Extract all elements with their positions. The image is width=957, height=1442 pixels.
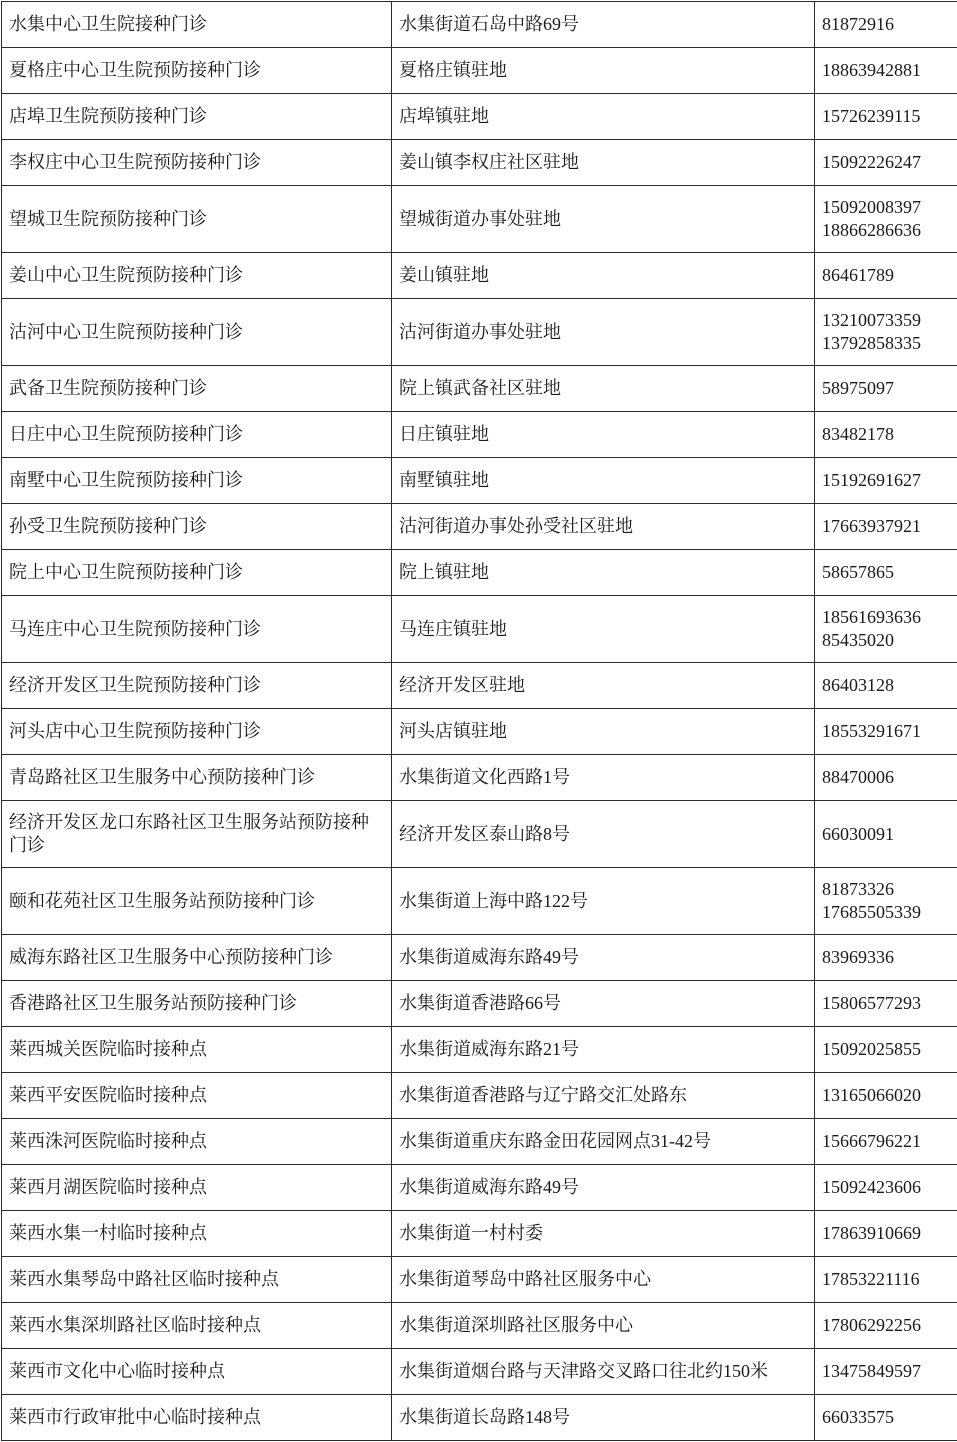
phone-number: 17663937921	[822, 515, 957, 538]
clinic-name-cell: 日庄中心卫生院预防接种门诊	[2, 412, 392, 458]
phone-number: 81872916	[822, 13, 957, 36]
phone-number: 58975097	[822, 377, 957, 400]
phone-number: 83969336	[822, 946, 957, 969]
table-row: 夏格庄中心卫生院预防接种门诊 夏格庄镇驻地 18863942881	[2, 48, 957, 94]
table-row: 孙受卫生院预防接种门诊 沽河街道办事处孙受社区驻地 17663937921	[2, 504, 957, 550]
clinic-name-cell: 南墅中心卫生院预防接种门诊	[2, 458, 392, 504]
clinic-address-cell: 南墅镇驻地	[392, 458, 815, 504]
table-row: 经济开发区龙口东路社区卫生服务站预防接种门诊 经济开发区泰山路8号 660300…	[2, 801, 957, 868]
clinic-address-cell: 水集街道深圳路社区服务中心	[392, 1303, 815, 1349]
page: 水集中心卫生院接种门诊 水集街道石岛中路69号 81872916 夏格庄中心卫生…	[0, 0, 957, 1442]
table-row: 颐和花苑社区卫生服务站预防接种门诊 水集街道上海中路122号 818733261…	[2, 868, 957, 935]
table-row: 莱西水集琴岛中路社区临时接种点 水集街道琴岛中路社区服务中心 178532211…	[2, 1257, 957, 1303]
table-row: 姜山中心卫生院预防接种门诊 姜山镇驻地 86461789	[2, 253, 957, 299]
clinic-phone-cell: 83969336	[815, 935, 957, 981]
clinic-name-cell: 莱西城关医院临时接种点	[2, 1027, 392, 1073]
phone-number: 17863910669	[822, 1222, 957, 1245]
clinic-address-cell: 水集街道香港路66号	[392, 981, 815, 1027]
clinic-name-cell: 夏格庄中心卫生院预防接种门诊	[2, 48, 392, 94]
clinic-phone-cell: 17853221116	[815, 1257, 957, 1303]
clinic-phone-cell: 86461789	[815, 253, 957, 299]
clinic-name-cell: 马连庄中心卫生院预防接种门诊	[2, 596, 392, 663]
phone-number: 66030091	[822, 823, 957, 846]
table-row: 望城卫生院预防接种门诊 望城街道办事处驻地 150920083971886628…	[2, 186, 957, 253]
clinic-phone-cell: 81872916	[815, 2, 957, 48]
clinic-name-cell: 院上中心卫生院预防接种门诊	[2, 550, 392, 596]
clinic-phone-cell: 17863910669	[815, 1211, 957, 1257]
clinic-phone-cell: 15806577293	[815, 981, 957, 1027]
clinic-name-cell: 孙受卫生院预防接种门诊	[2, 504, 392, 550]
clinic-address-cell: 夏格庄镇驻地	[392, 48, 815, 94]
table-row: 香港路社区卫生服务站预防接种门诊 水集街道香港路66号 15806577293	[2, 981, 957, 1027]
table-row: 店埠卫生院预防接种门诊 店埠镇驻地 15726239115	[2, 94, 957, 140]
phone-number: 15726239115	[822, 105, 957, 128]
clinic-name-cell: 望城卫生院预防接种门诊	[2, 186, 392, 253]
clinic-phone-cell: 18553291671	[815, 709, 957, 755]
clinic-name-cell: 经济开发区龙口东路社区卫生服务站预防接种门诊	[2, 801, 392, 868]
clinic-name-cell: 武备卫生院预防接种门诊	[2, 366, 392, 412]
clinic-phone-cell: 83482178	[815, 412, 957, 458]
clinic-address-cell: 水集街道香港路与辽宁路交汇处路东	[392, 1073, 815, 1119]
clinic-address-cell: 日庄镇驻地	[392, 412, 815, 458]
clinic-name-cell: 青岛路社区卫生服务中心预防接种门诊	[2, 755, 392, 801]
clinic-name-cell: 河头店中心卫生院预防接种门诊	[2, 709, 392, 755]
phone-number: 18561693636	[822, 606, 957, 629]
clinic-phone-cell: 15092423606	[815, 1165, 957, 1211]
table-row: 莱西月湖医院临时接种点 水集街道威海东路49号 15092423606	[2, 1165, 957, 1211]
clinic-address-cell: 经济开发区泰山路8号	[392, 801, 815, 868]
phone-number: 85435020	[822, 629, 957, 652]
clinic-address-cell: 水集街道长岛路148号	[392, 1395, 815, 1441]
phone-number: 17853221116	[822, 1268, 957, 1291]
clinic-phone-cell: 17806292256	[815, 1303, 957, 1349]
clinic-address-cell: 姜山镇李权庄社区驻地	[392, 140, 815, 186]
phone-number: 15806577293	[822, 992, 957, 1015]
clinic-address-cell: 水集街道一村村委	[392, 1211, 815, 1257]
clinic-phone-cell: 1321007335913792858335	[815, 299, 957, 366]
phone-number: 86461789	[822, 264, 957, 287]
phone-number: 86403128	[822, 674, 957, 697]
clinic-phone-cell: 17663937921	[815, 504, 957, 550]
clinic-phone-cell: 58975097	[815, 366, 957, 412]
clinic-table-body: 水集中心卫生院接种门诊 水集街道石岛中路69号 81872916 夏格庄中心卫生…	[2, 2, 957, 1441]
clinic-address-cell: 经济开发区驻地	[392, 663, 815, 709]
clinic-name-cell: 威海东路社区卫生服务中心预防接种门诊	[2, 935, 392, 981]
clinic-name-cell: 香港路社区卫生服务站预防接种门诊	[2, 981, 392, 1027]
clinic-address-cell: 水集街道威海东路49号	[392, 1165, 815, 1211]
clinic-address-cell: 水集街道石岛中路69号	[392, 2, 815, 48]
phone-number: 15092423606	[822, 1176, 957, 1199]
clinic-address-cell: 店埠镇驻地	[392, 94, 815, 140]
clinic-name-cell: 姜山中心卫生院预防接种门诊	[2, 253, 392, 299]
phone-number: 15192691627	[822, 469, 957, 492]
clinic-name-cell: 莱西水集深圳路社区临时接种点	[2, 1303, 392, 1349]
clinic-phone-cell: 18863942881	[815, 48, 957, 94]
clinic-address-cell: 沽河街道办事处孙受社区驻地	[392, 504, 815, 550]
clinic-name-cell: 沽河中心卫生院预防接种门诊	[2, 299, 392, 366]
clinic-phone-cell: 58657865	[815, 550, 957, 596]
clinic-address-cell: 姜山镇驻地	[392, 253, 815, 299]
clinic-name-cell: 莱西月湖医院临时接种点	[2, 1165, 392, 1211]
phone-number: 15666796221	[822, 1130, 957, 1153]
phone-number: 17806292256	[822, 1314, 957, 1337]
clinic-name-cell: 水集中心卫生院接种门诊	[2, 2, 392, 48]
table-row: 莱西市文化中心临时接种点 水集街道烟台路与天津路交叉路口往北约150米 1347…	[2, 1349, 957, 1395]
table-row: 院上中心卫生院预防接种门诊 院上镇驻地 58657865	[2, 550, 957, 596]
table-row: 沽河中心卫生院预防接种门诊 沽河街道办事处驻地 1321007335913792…	[2, 299, 957, 366]
clinic-address-cell: 望城街道办事处驻地	[392, 186, 815, 253]
clinic-phone-cell: 8187332617685505339	[815, 868, 957, 935]
phone-number: 15092025855	[822, 1038, 957, 1061]
table-row: 莱西水集一村临时接种点 水集街道一村村委 17863910669	[2, 1211, 957, 1257]
clinic-phone-cell: 15192691627	[815, 458, 957, 504]
clinic-name-cell: 莱西市行政审批中心临时接种点	[2, 1395, 392, 1441]
clinic-address-cell: 院上镇驻地	[392, 550, 815, 596]
clinic-name-cell: 莱西水集一村临时接种点	[2, 1211, 392, 1257]
clinic-phone-cell: 88470006	[815, 755, 957, 801]
phone-number: 13210073359	[822, 309, 957, 332]
clinic-name-cell: 李权庄中心卫生院预防接种门诊	[2, 140, 392, 186]
table-row: 莱西水集深圳路社区临时接种点 水集街道深圳路社区服务中心 17806292256	[2, 1303, 957, 1349]
table-row: 河头店中心卫生院预防接种门诊 河头店镇驻地 18553291671	[2, 709, 957, 755]
clinic-address-cell: 水集街道威海东路49号	[392, 935, 815, 981]
clinic-phone-cell: 15092025855	[815, 1027, 957, 1073]
table-row: 莱西市行政审批中心临时接种点 水集街道长岛路148号 66033575	[2, 1395, 957, 1441]
phone-number: 88470006	[822, 766, 957, 789]
clinic-phone-cell: 15726239115	[815, 94, 957, 140]
table-row: 武备卫生院预防接种门诊 院上镇武备社区驻地 58975097	[2, 366, 957, 412]
table-row: 威海东路社区卫生服务中心预防接种门诊 水集街道威海东路49号 83969336	[2, 935, 957, 981]
table-row: 马连庄中心卫生院预防接种门诊 马连庄镇驻地 185616936368543502…	[2, 596, 957, 663]
clinic-phone-cell: 13475849597	[815, 1349, 957, 1395]
vaccination-clinic-table: 水集中心卫生院接种门诊 水集街道石岛中路69号 81872916 夏格庄中心卫生…	[1, 1, 957, 1441]
clinic-address-cell: 马连庄镇驻地	[392, 596, 815, 663]
phone-number: 15092008397	[822, 196, 957, 219]
clinic-address-cell: 水集街道重庆东路金田花园网点31-42号	[392, 1119, 815, 1165]
table-row: 南墅中心卫生院预防接种门诊 南墅镇驻地 15192691627	[2, 458, 957, 504]
table-row: 莱西平安医院临时接种点 水集街道香港路与辽宁路交汇处路东 13165066020	[2, 1073, 957, 1119]
clinic-address-cell: 水集街道上海中路122号	[392, 868, 815, 935]
clinic-phone-cell: 13165066020	[815, 1073, 957, 1119]
clinic-phone-cell: 1856169363685435020	[815, 596, 957, 663]
table-row: 经济开发区卫生院预防接种门诊 经济开发区驻地 86403128	[2, 663, 957, 709]
clinic-address-cell: 水集街道威海东路21号	[392, 1027, 815, 1073]
clinic-address-cell: 水集街道文化西路1号	[392, 755, 815, 801]
phone-number: 13165066020	[822, 1084, 957, 1107]
clinic-address-cell: 水集街道烟台路与天津路交叉路口往北约150米	[392, 1349, 815, 1395]
phone-number: 13475849597	[822, 1360, 957, 1383]
clinic-address-cell: 院上镇武备社区驻地	[392, 366, 815, 412]
phone-number: 17685505339	[822, 901, 957, 924]
clinic-name-cell: 莱西洙河医院临时接种点	[2, 1119, 392, 1165]
phone-number: 18553291671	[822, 720, 957, 743]
clinic-address-cell: 河头店镇驻地	[392, 709, 815, 755]
table-row: 日庄中心卫生院预防接种门诊 日庄镇驻地 83482178	[2, 412, 957, 458]
phone-number: 81873326	[822, 878, 957, 901]
clinic-name-cell: 店埠卫生院预防接种门诊	[2, 94, 392, 140]
clinic-name-cell: 莱西市文化中心临时接种点	[2, 1349, 392, 1395]
clinic-phone-cell: 1509200839718866286636	[815, 186, 957, 253]
clinic-phone-cell: 66030091	[815, 801, 957, 868]
clinic-name-cell: 颐和花苑社区卫生服务站预防接种门诊	[2, 868, 392, 935]
clinic-address-cell: 沽河街道办事处驻地	[392, 299, 815, 366]
phone-number: 58657865	[822, 561, 957, 584]
clinic-name-cell: 经济开发区卫生院预防接种门诊	[2, 663, 392, 709]
table-row: 李权庄中心卫生院预防接种门诊 姜山镇李权庄社区驻地 15092226247	[2, 140, 957, 186]
phone-number: 13792858335	[822, 332, 957, 355]
table-row: 莱西洙河医院临时接种点 水集街道重庆东路金田花园网点31-42号 1566679…	[2, 1119, 957, 1165]
phone-number: 83482178	[822, 423, 957, 446]
clinic-name-cell: 莱西平安医院临时接种点	[2, 1073, 392, 1119]
table-row: 莱西城关医院临时接种点 水集街道威海东路21号 15092025855	[2, 1027, 957, 1073]
table-row: 青岛路社区卫生服务中心预防接种门诊 水集街道文化西路1号 88470006	[2, 755, 957, 801]
clinic-address-cell: 水集街道琴岛中路社区服务中心	[392, 1257, 815, 1303]
phone-number: 18866286636	[822, 219, 957, 242]
phone-number: 66033575	[822, 1406, 957, 1429]
clinic-phone-cell: 15666796221	[815, 1119, 957, 1165]
phone-number: 18863942881	[822, 59, 957, 82]
phone-number: 15092226247	[822, 151, 957, 174]
clinic-phone-cell: 86403128	[815, 663, 957, 709]
table-row: 水集中心卫生院接种门诊 水集街道石岛中路69号 81872916	[2, 2, 957, 48]
clinic-phone-cell: 15092226247	[815, 140, 957, 186]
clinic-name-cell: 莱西水集琴岛中路社区临时接种点	[2, 1257, 392, 1303]
clinic-phone-cell: 66033575	[815, 1395, 957, 1441]
